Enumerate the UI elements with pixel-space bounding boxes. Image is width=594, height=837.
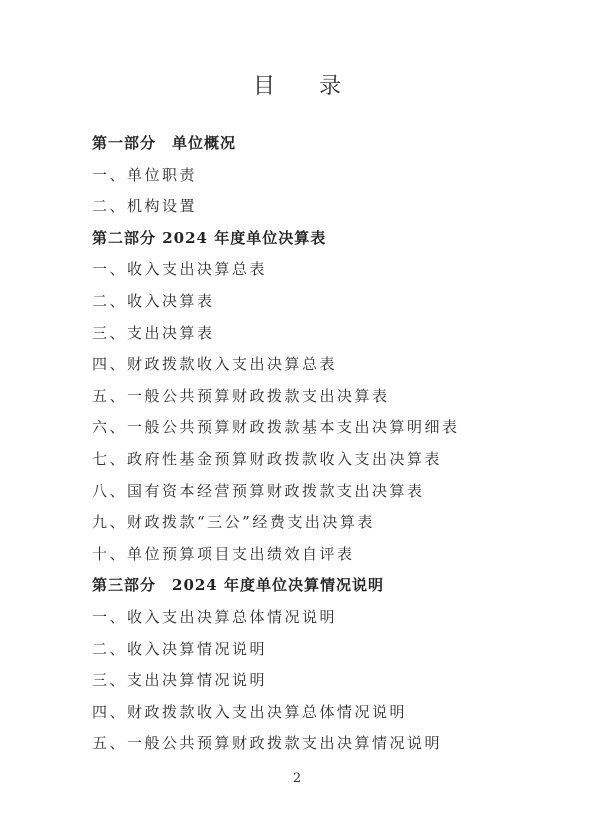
toc-item: 二、收入决算情况说明 [92, 634, 570, 666]
page-number: 2 [0, 771, 594, 786]
toc-item: 二、收入决算表 [92, 286, 570, 318]
toc-item: 四、财政拨款收入支出决算总体情况说明 [92, 697, 570, 729]
toc-item: 一、单位职责 [92, 160, 570, 192]
toc-item: 三、支出决算表 [92, 318, 570, 350]
toc-item: 一、收入支出决算总表 [92, 254, 570, 286]
toc-item: 七、政府性基金预算财政拨款收入支出决算表 [92, 444, 570, 476]
toc-item: 五、一般公共预算财政拨款支出决算表 [92, 381, 570, 413]
toc-item: 一、收入支出决算总体情况说明 [92, 602, 570, 634]
document-title: 目 录 [0, 69, 594, 100]
toc-item: 五、一般公共预算财政拨款支出决算情况说明 [92, 728, 570, 760]
toc-section-header: 第二部分 2024 年度单位决算表 [92, 223, 570, 255]
toc-item: 四、财政拨款收入支出决算总表 [92, 349, 570, 381]
toc-item: 十、单位预算项目支出绩效自评表 [92, 539, 570, 571]
document-page: 目 录 第一部分 单位概况一、单位职责二、机构设置第二部分 2024 年度单位决… [0, 0, 594, 837]
toc-item: 六、一般公共预算财政拨款基本支出决算明细表 [92, 412, 570, 444]
toc-item: 八、国有资本经营预算财政拨款支出决算表 [92, 476, 570, 508]
toc-item: 三、支出决算情况说明 [92, 665, 570, 697]
toc-section-header: 第三部分 2024 年度单位决算情况说明 [92, 570, 570, 602]
toc-item: 二、机构设置 [92, 191, 570, 223]
toc-item: 九、财政拨款“三公”经费支出决算表 [92, 507, 570, 539]
toc-list: 第一部分 单位概况一、单位职责二、机构设置第二部分 2024 年度单位决算表一、… [92, 128, 570, 760]
toc-section-header: 第一部分 单位概况 [92, 128, 570, 160]
